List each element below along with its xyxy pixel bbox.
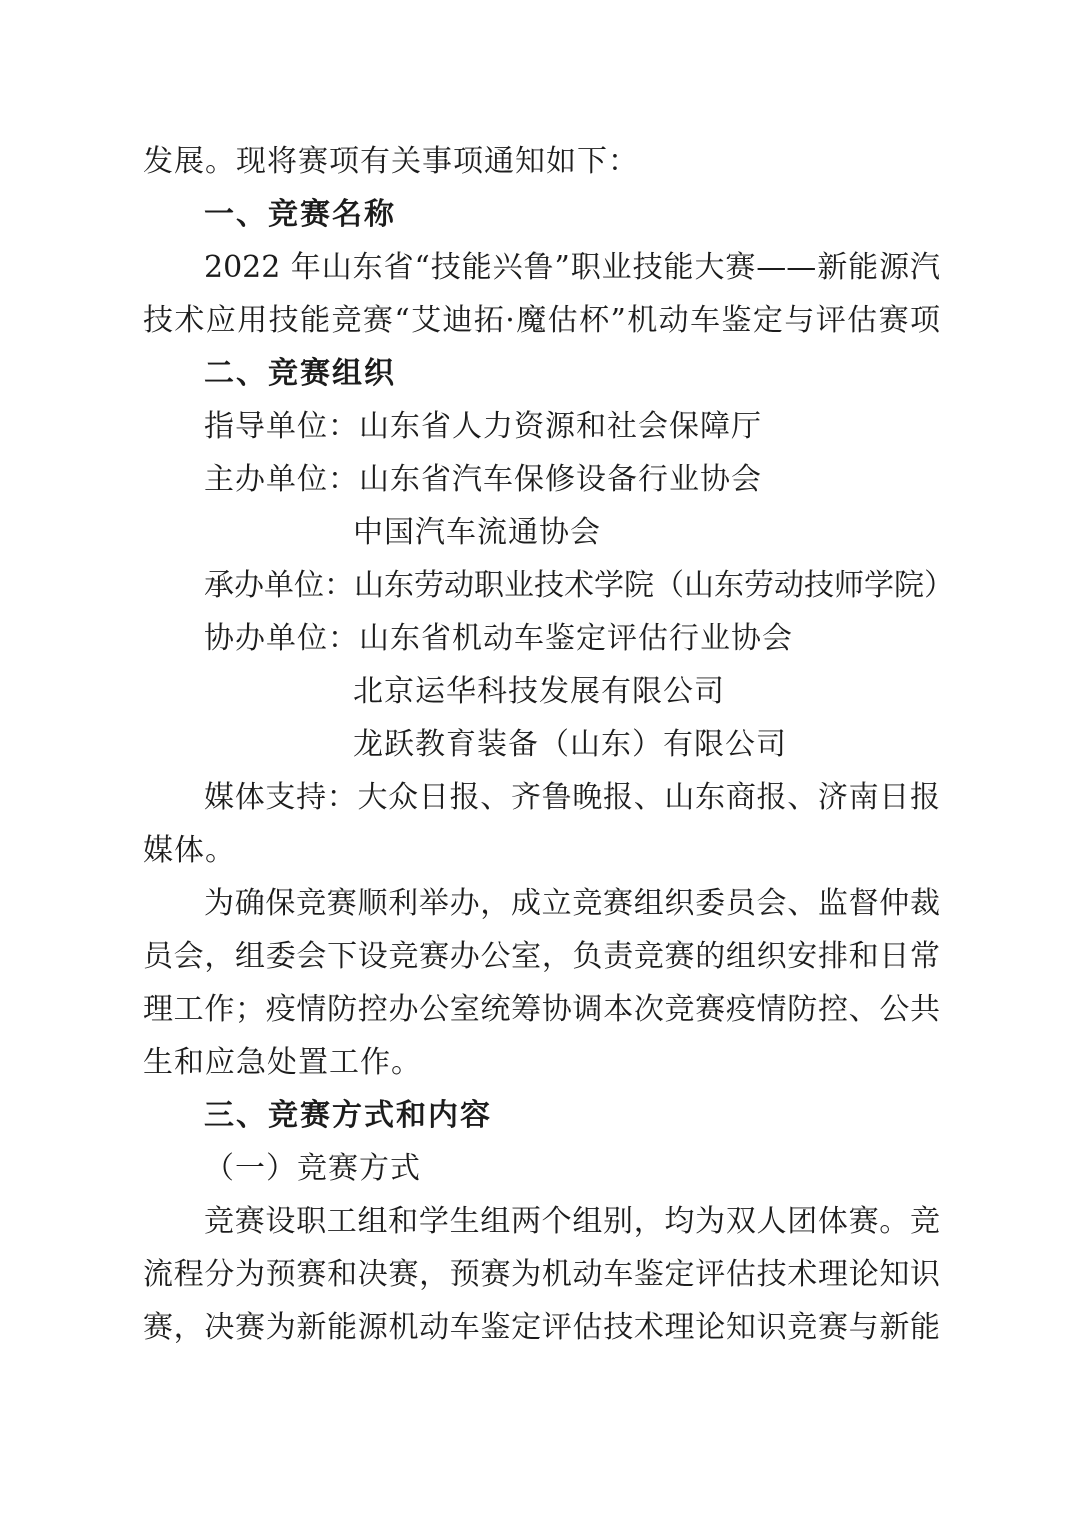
document-body: 发展。现将赛项有关事项通知如下：一、竞赛名称2022 年山东省“技能兴鲁”职业技…	[143, 135, 940, 1354]
document-text-line: 指导单位：山东省人力资源和社会保障厅	[143, 400, 940, 453]
document-text-line: 生和应急处置工作。	[143, 1036, 940, 1089]
document-text-line: 媒体。	[143, 824, 940, 877]
document-text-line: 赛，决赛为新能源机动车鉴定评估技术理论知识竞赛与新能源	[143, 1301, 940, 1354]
document-text-line: 承办单位：山东劳动职业技术学院（山东劳动技师学院）	[143, 559, 940, 612]
document-text-line: 为确保竞赛顺利举办，成立竞赛组织委员会、监督仲裁委	[143, 877, 940, 930]
section-heading: 三、竞赛方式和内容	[143, 1089, 940, 1142]
document-text-line: 北京运华科技发展有限公司	[143, 665, 940, 718]
document-text-line: 主办单位：山东省汽车保修设备行业协会	[143, 453, 940, 506]
document-text-line: 发展。现将赛项有关事项通知如下：	[143, 135, 940, 188]
document-text-line: 员会，组委会下设竞赛办公室，负责竞赛的组织安排和日常管	[143, 930, 940, 983]
document-text-line: 协办单位：山东省机动车鉴定评估行业协会	[143, 612, 940, 665]
document-text-line: 理工作；疫情防控办公室统筹协调本次竞赛疫情防控、公共卫	[143, 983, 940, 1036]
document-text-line: （一）竞赛方式	[143, 1142, 940, 1195]
section-heading: 一、竞赛名称	[143, 188, 940, 241]
document-page: 发展。现将赛项有关事项通知如下：一、竞赛名称2022 年山东省“技能兴鲁”职业技…	[0, 0, 1080, 1527]
section-heading: 二、竞赛组织	[143, 347, 940, 400]
document-text-line: 流程分为预赛和决赛，预赛为机动车鉴定评估技术理论知识竞	[143, 1248, 940, 1301]
document-text-line: 龙跃教育装备（山东）有限公司	[143, 718, 940, 771]
document-text-line: 2022 年山东省“技能兴鲁”职业技能大赛——新能源汽车	[143, 241, 940, 294]
document-text-line: 竞赛设职工组和学生组两个组别，均为双人团体赛。竞赛	[143, 1195, 940, 1248]
document-text-line: 媒体支持：大众日报、齐鲁晚报、山东商报、济南日报等	[143, 771, 940, 824]
document-text-line: 中国汽车流通协会	[143, 506, 940, 559]
document-text-line: 技术应用技能竞赛“艾迪拓·魔估杯”机动车鉴定与评估赛项	[143, 294, 940, 347]
